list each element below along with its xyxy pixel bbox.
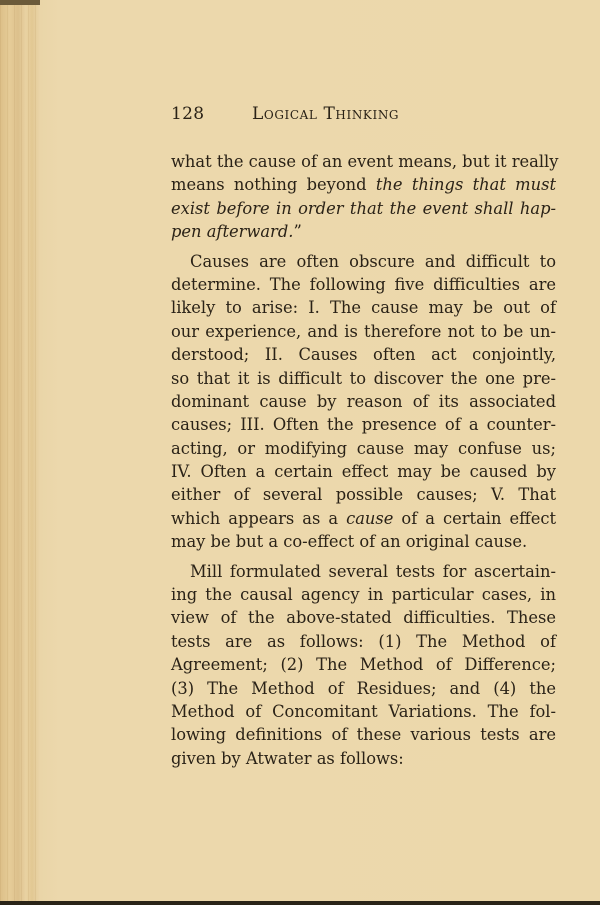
text-line: may be but a co-effect of an original ca… — [171, 530, 556, 553]
text-line: our experience, and is therefore not to … — [171, 320, 556, 343]
text-line: lowing definitions of these various test… — [171, 723, 556, 746]
text-line: what the cause of an event means, but it… — [171, 150, 556, 173]
running-header: 128 Logical Thinking — [171, 104, 399, 124]
text-line: pen afterward.” — [171, 220, 556, 243]
running-title: Logical Thinking — [252, 104, 399, 124]
text-line: IV. Often a certain effect may be caused… — [171, 460, 556, 483]
text-line: Mill formulated several tests for ascert… — [171, 560, 556, 583]
book-page: 128 Logical Thinking what the cause of a… — [0, 0, 600, 905]
text-line: means nothing beyond the things that mus… — [171, 173, 556, 196]
text-line: determine. The following five difficulti… — [171, 273, 556, 296]
text-line: Agreement; (2) The Method of Difference; — [171, 653, 556, 676]
text-line: which appears as a cause of a certain ef… — [171, 507, 556, 530]
text-line: view of the above-stated difficulties. T… — [171, 606, 556, 629]
text-line: likely to arise: I. The cause may be out… — [171, 296, 556, 319]
text-line: derstood; II. Causes often act conjointl… — [171, 343, 556, 366]
text-line: acting, or modifying cause may confuse u… — [171, 437, 556, 460]
text-line: Causes are often obscure and difficult t… — [171, 250, 556, 273]
text-line: ing the causal agency in particular case… — [171, 583, 556, 606]
text-line: dominant cause by reason of its associat… — [171, 390, 556, 413]
page-number: 128 — [171, 104, 252, 124]
text-line: (3) The Method of Residues; and (4) the — [171, 677, 556, 700]
text-line: so that it is difficult to discover the … — [171, 367, 556, 390]
text-line: either of several possible causes; V. Th… — [171, 483, 556, 506]
body-text: what the cause of an event means, but it… — [171, 150, 556, 770]
text-line: exist before in order that the event sha… — [171, 197, 556, 220]
text-line: Method of Concomitant Variations. The fo… — [171, 700, 556, 723]
page-edge-shadow — [0, 0, 40, 5]
page-bottom-edge — [0, 901, 600, 905]
text-line: given by Atwater as follows: — [171, 747, 556, 770]
paragraph: what the cause of an event means, but it… — [171, 150, 556, 244]
text-line: tests are as follows: (1) The Method of — [171, 630, 556, 653]
paragraph: Causes are often obscure and difficult t… — [171, 250, 556, 554]
paragraph: Mill formulated several tests for ascert… — [171, 560, 556, 771]
text-line: causes; III. Often the presence of a cou… — [171, 413, 556, 436]
